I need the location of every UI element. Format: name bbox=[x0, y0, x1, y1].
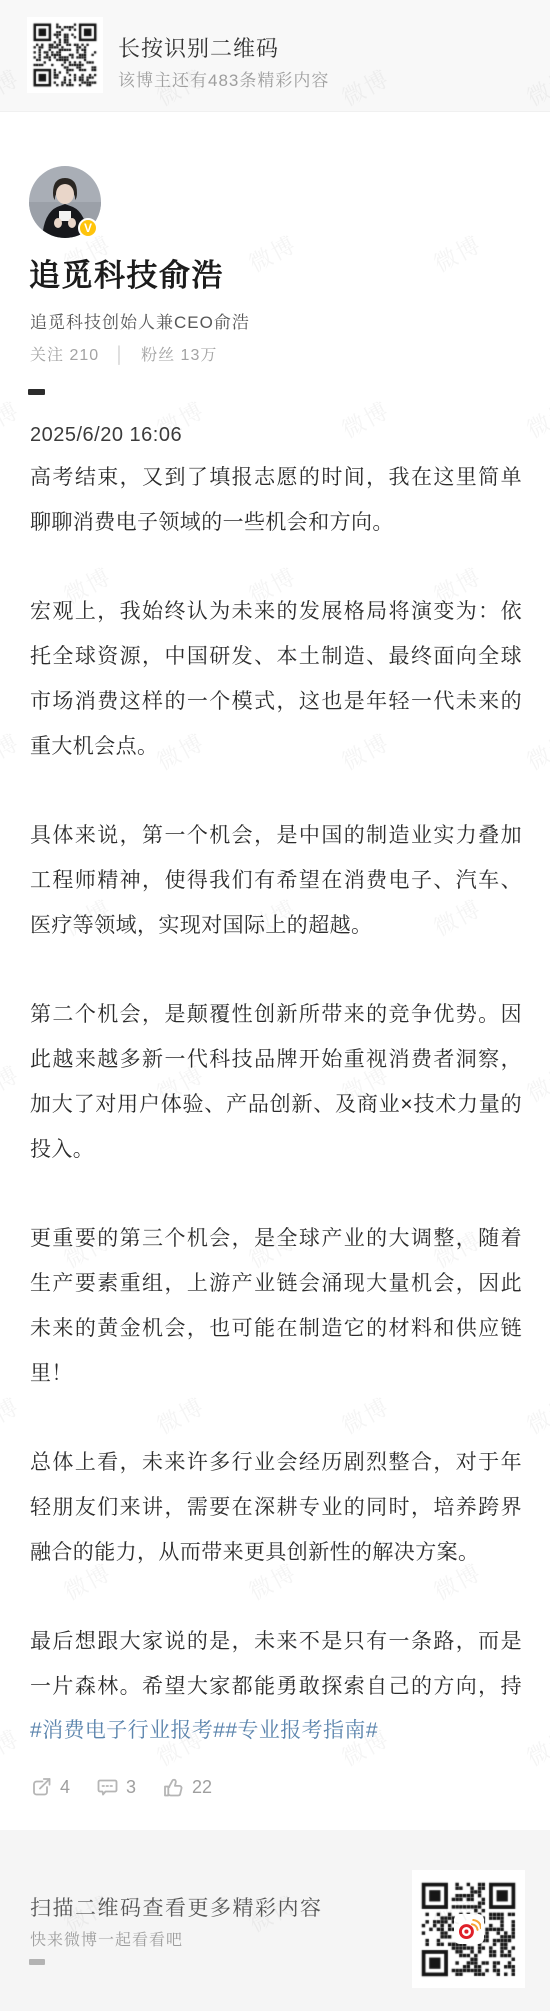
weibo-watermark: 微博 bbox=[427, 226, 487, 279]
weibo-watermark: 微博 bbox=[520, 392, 550, 445]
comment-button[interactable]: 3 bbox=[96, 1776, 136, 1799]
weibo-watermark: 微博 bbox=[0, 724, 25, 777]
qr-code-small-icon bbox=[31, 21, 99, 89]
hashtag-links[interactable]: #消费电子行业报考##专业报考指南# bbox=[30, 1708, 522, 1753]
following-label: 关注 bbox=[30, 347, 64, 364]
post-paragraph: 具体来说，第一个机会，是中国的制造业实力叠加工程师精神，使得我们有希望在消费电子… bbox=[30, 813, 522, 948]
qr-code-small-box bbox=[27, 17, 103, 93]
action-bar: 4 3 22 bbox=[30, 1776, 212, 1799]
comment-icon bbox=[96, 1776, 119, 1799]
followers-label: 粉丝 bbox=[141, 347, 175, 364]
footer-dash bbox=[29, 1959, 45, 1965]
weibo-watermark: 微博 bbox=[520, 1388, 550, 1441]
weibo-watermark: 微博 bbox=[242, 226, 302, 279]
profile-stats: 关注 210 │ 粉丝 13万 bbox=[30, 342, 217, 365]
followers-count: 13万 bbox=[181, 347, 218, 364]
following-count: 210 bbox=[69, 347, 99, 364]
weibo-watermark: 微博 bbox=[0, 1388, 25, 1441]
weibo-watermark: 微博 bbox=[0, 1056, 25, 1109]
comment-count: 3 bbox=[126, 1777, 136, 1798]
weibo-share-card: 微博微博微博微博微博微博微博微博微博微博微博微博微博微博微博微博微博微博微博微博… bbox=[0, 0, 550, 2011]
repost-icon bbox=[30, 1776, 53, 1799]
weibo-logo-icon bbox=[454, 1914, 484, 1944]
weibo-watermark: 微博 bbox=[520, 724, 550, 777]
post-paragraph: 总体上看，未来许多行业会经历剧烈整合，对于年轻朋友们来讲，需要在深耕专业的同时，… bbox=[30, 1440, 522, 1575]
section-dash bbox=[28, 389, 45, 395]
footer-subtitle: 快来微博一起看看吧 bbox=[30, 1927, 183, 1950]
profile-bio: 追觅科技创始人兼CEO俞浩 bbox=[30, 308, 250, 333]
post-paragraph: 第二个机会，是颠覆性创新所带来的竞争优势。因此越来越多新一代科技品牌开始重视消费… bbox=[30, 992, 522, 1172]
post-paragraph: 宏观上，我始终认为未来的发展格局将演变为：依托全球资源，中国研发、本土制造、最终… bbox=[30, 589, 522, 769]
post-paragraph: 最后想跟大家说的是，未来不是只有一条路，而是一片森林。希望大家都能勇敢探索自己的… bbox=[30, 1619, 522, 1708]
stats-divider: │ bbox=[115, 347, 126, 364]
like-button[interactable]: 22 bbox=[162, 1776, 212, 1799]
repost-count: 4 bbox=[60, 1777, 70, 1798]
profile-name[interactable]: 追觅科技俞浩 bbox=[29, 250, 224, 295]
post-paragraph: 高考结束，又到了填报志愿的时间，我在这里简单聊聊消费电子领域的一些机会和方向。 bbox=[30, 455, 522, 545]
header-title: 长按识别二维码 bbox=[118, 32, 279, 63]
weibo-watermark: 微博 bbox=[0, 392, 25, 445]
footer-title: 扫描二维码查看更多精彩内容 bbox=[30, 1892, 323, 1922]
repost-button[interactable]: 4 bbox=[30, 1776, 70, 1799]
like-icon bbox=[162, 1776, 185, 1799]
weibo-watermark: 微博 bbox=[520, 1056, 550, 1109]
qr-code-large-box bbox=[412, 1870, 525, 1988]
post-paragraph: 更重要的第三个机会，是全球产业的大调整，随着生产要素重组，上游产业链会涌现大量机… bbox=[30, 1216, 522, 1396]
header-subtitle: 该博主还有483条精彩内容 bbox=[118, 66, 329, 91]
verified-badge-icon: V bbox=[78, 218, 98, 238]
post-timestamp: 2025/6/20 16:06 bbox=[30, 424, 182, 447]
weibo-watermark: 微博 bbox=[0, 1720, 25, 1773]
header-bar: 长按识别二维码 该博主还有483条精彩内容 bbox=[0, 0, 550, 112]
like-count: 22 bbox=[192, 1777, 212, 1798]
post-body: 高考结束，又到了填报志愿的时间，我在这里简单聊聊消费电子领域的一些机会和方向。 … bbox=[30, 455, 522, 1708]
weibo-watermark: 微博 bbox=[335, 392, 395, 445]
weibo-watermark: 微博 bbox=[520, 1720, 550, 1773]
